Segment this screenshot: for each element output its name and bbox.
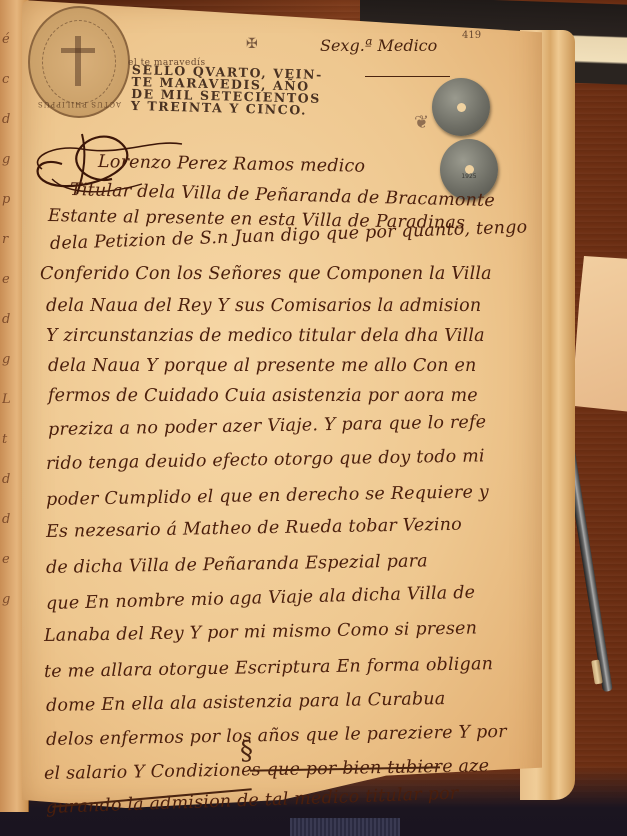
seal-cross-icon <box>75 36 81 86</box>
heading-underline <box>365 76 450 77</box>
left-page-fragments: é c d g p r e d g L t d d e g <box>2 20 24 800</box>
coin-upper <box>432 78 490 136</box>
manuscript-line: dela Naua del Rey Y sus Comisarios la ad… <box>46 296 481 316</box>
seal-legend: ACTUS PHILIPPUS <box>30 100 128 108</box>
small-cross-icon: ✠ <box>246 36 258 52</box>
coin-hole <box>457 103 466 112</box>
cloth-fragment <box>290 818 400 836</box>
manuscript-line: dela Naua Y porque al presente me allo C… <box>48 356 476 376</box>
manuscript-line: fermos de Cuidado Cuia asistenzia por ao… <box>48 386 478 406</box>
stamped-paper-header: SELLO QVARTO, VEIN- TE MARAVEDIS, AÑO DE… <box>131 64 392 119</box>
folio-number: 419 <box>462 30 481 41</box>
coin-year: 1925 <box>440 173 498 180</box>
manuscript-line: Conferido Con los Señores que Componen l… <box>40 264 492 284</box>
handwritten-heading: Sexg.ª Medico <box>320 36 437 55</box>
manuscript-line: Y zircunstanzias de medico titular dela … <box>46 326 485 346</box>
rubric-signature-mark-icon: § <box>240 736 253 766</box>
royal-seal-stamp: ACTUS PHILIPPUS <box>28 6 130 118</box>
crest-emblem-icon: ❦ <box>414 112 429 133</box>
